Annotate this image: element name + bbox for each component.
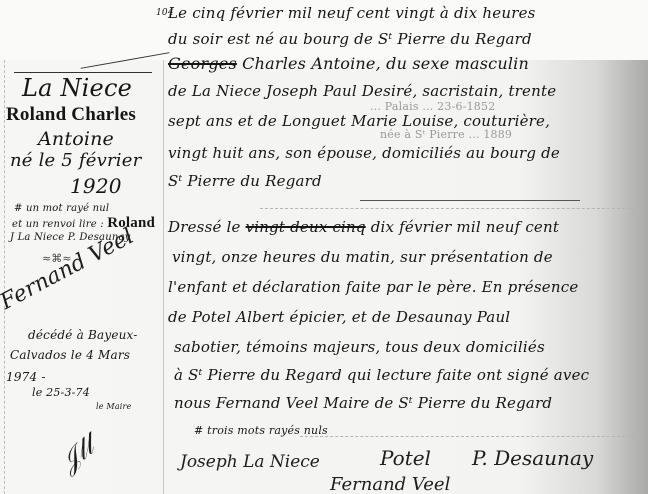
scanned-register-page: La Niece Roland Charles Antoine né le 5 … bbox=[0, 0, 648, 494]
body-line-7: Sᵗ Pierre du Regard bbox=[168, 172, 322, 190]
body-line-1: Le cinq février mil neuf cent vingt à di… bbox=[168, 4, 536, 22]
closing-note: # trois mots rayés nuls bbox=[194, 424, 328, 437]
margin-note-line1: # un mot rayé nul bbox=[14, 203, 109, 214]
margin-birth-line: né le 5 février bbox=[10, 150, 141, 171]
dresse-label: Dressé le bbox=[168, 218, 241, 236]
margin-note-line2: et un renvoi lire : Roland bbox=[12, 215, 155, 232]
struck-name: Georges bbox=[168, 54, 237, 73]
body-line-3: Georges Charles Antoine, du sexe masculi… bbox=[168, 54, 529, 73]
body-line-14: nous Fernand Veel Maire de Sᵗ Pierre du … bbox=[174, 394, 552, 412]
signature-witness-potel: Potel bbox=[380, 446, 431, 470]
ruled-line bbox=[260, 208, 640, 209]
signature-father: Joseph La Niece bbox=[180, 452, 320, 472]
margin-mention-line1: décédé à Bayeux- bbox=[28, 328, 138, 342]
body-line-13: à Sᵗ Pierre du Regard qui lecture faite … bbox=[174, 366, 589, 384]
body-line-6: vingt huit ans, son épouse, domiciliés a… bbox=[168, 144, 560, 162]
margin-mention-line4: le 25-3-74 bbox=[32, 386, 90, 399]
body-line-12: sabotier, témoins majeurs, tous deux dom… bbox=[174, 338, 545, 356]
note-text: et un renvoi lire : bbox=[12, 219, 104, 230]
body-line-9: vingt, onze heures du matin, sur présent… bbox=[172, 248, 553, 266]
margin-mention-line5: le Maire bbox=[96, 402, 132, 411]
body-line-2: du soir est né au bourg de Sᵗ Pierre du … bbox=[168, 30, 532, 48]
dresse-struck-words: vingt deux cinq bbox=[246, 218, 366, 236]
signature-witness-desaunay: P. Desaunay bbox=[472, 446, 593, 470]
body-line-8: Dressé le vingt deux cinq dix février mi… bbox=[168, 218, 559, 236]
margin-birth-year: 1920 bbox=[70, 174, 122, 198]
margin-given-names-2: Antoine bbox=[38, 128, 114, 150]
faint-annotation-2: née à Sᵗ Pierre ... 1889 bbox=[380, 128, 512, 141]
margin-heading-rule bbox=[14, 72, 152, 73]
ruled-line-2 bbox=[300, 436, 640, 437]
body-line-4: de La Niece Joseph Paul Desiré, sacrista… bbox=[168, 82, 556, 100]
body-line-10: l'enfant et déclaration faite par le pèr… bbox=[168, 278, 578, 296]
filler-rule bbox=[360, 200, 580, 201]
margin-mention-line2: Calvados le 4 Mars bbox=[10, 348, 130, 362]
margin-given-names: Roland Charles bbox=[6, 104, 136, 126]
signature-mayor: Fernand Veel bbox=[330, 474, 450, 494]
dresse-date: dix février mil neuf cent bbox=[371, 218, 559, 236]
margin-surname: La Niece bbox=[22, 74, 132, 102]
body-line-3-text: Charles Antoine, du sexe masculin bbox=[242, 54, 529, 73]
margin-mention-line3: 1974 - bbox=[6, 370, 46, 384]
body-line-11: de Potel Albert épicier, et de Desaunay … bbox=[168, 308, 510, 326]
